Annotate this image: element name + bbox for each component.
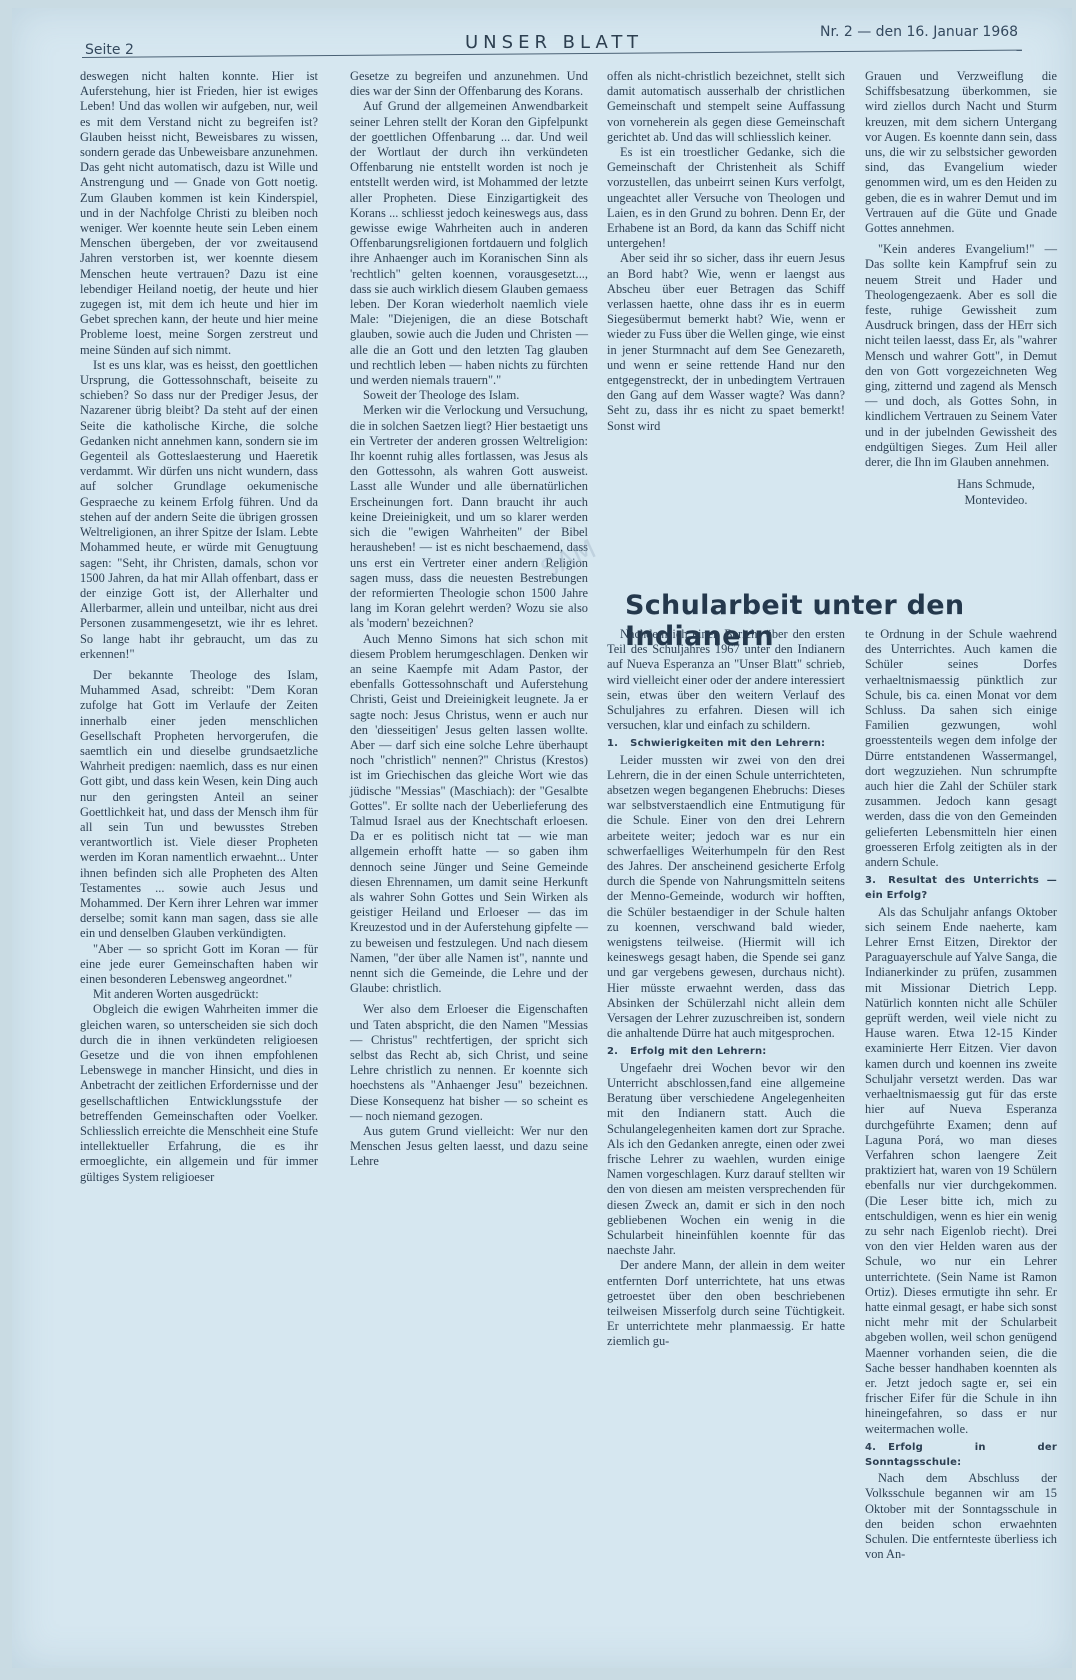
masthead: Seite 2 UNSER BLATT Nr. 2 — den 16. Janu… (0, 0, 1076, 60)
section-heading-2: 2.Erfolg mit den Lehrern: (607, 1044, 845, 1059)
article1-column-2: Gesetze zu begreifen und anzunehmen. Und… (350, 69, 588, 1170)
paragraph: Auf Grund der allgemeinen Anwendbarkeit … (350, 99, 588, 388)
paragraph: Grauen und Verzweiflung die Schiffsbesat… (865, 69, 1057, 236)
author-place: Montevideo. (935, 492, 1057, 508)
paragraph: te Ordnung in der Schule waehrend des Un… (865, 627, 1057, 870)
paragraph: Nach dem Abschluss der Volksschule began… (865, 1471, 1057, 1562)
paragraph: Als das Schuljahr anfangs Oktober sich s… (865, 905, 1057, 1437)
paragraph: Mit anderen Worten ausgedrückt: (80, 987, 318, 1002)
paragraph: Wer also dem Erloeser die Eigenschaften … (350, 1002, 588, 1124)
author-signature: Hans Schmude, Montevideo. (865, 476, 1057, 508)
section-heading-4: 4.Erfolg in der Sonntagsschule: (865, 1440, 1057, 1470)
paragraph: Es ist ein troestlicher Gedanke, sich di… (607, 145, 845, 251)
paragraph: Auch Menno Simons hat sich schon mit die… (350, 632, 588, 997)
issue-date: Nr. 2 — den 16. Januar 1968 (820, 24, 1018, 40)
paragraph: Soweit der Theologe des Islam. (350, 388, 588, 403)
paragraph: Aber seid ihr so sicher, dass ihr euern … (607, 251, 845, 433)
paragraph: Der bekannte Theologe des Islam, Muhamme… (80, 668, 318, 942)
paragraph: Leider mussten wir zwei von den drei Leh… (607, 753, 845, 1042)
section-heading-1: 1.Schwierigkeiten mit den Lehrern: (607, 736, 845, 751)
paragraph: Ungefaehr drei Wochen bevor wir den Unte… (607, 1061, 845, 1259)
article2-column-2: te Ordnung in der Schule waehrend des Un… (865, 627, 1057, 1562)
section-heading-3: 3.Resultat des Unterrichts — ein Erfolg? (865, 873, 1057, 903)
paragraph: Gesetze zu begreifen und anzunehmen. Und… (350, 69, 588, 99)
page-number: Seite 2 (85, 42, 134, 58)
paragraph: "Aber — so spricht Gott im Koran — für e… (80, 942, 318, 988)
paragraph: Merken wir die Verlockung und Versuchung… (350, 403, 588, 631)
paragraph: Nachdem ich einen Bericht über den erste… (607, 627, 845, 733)
paragraph: Ist es uns klar, was es heisst, den goet… (80, 358, 318, 662)
publication-title: UNSER BLATT (465, 32, 643, 53)
paragraph: "Kein anderes Evangelium!" — Das sollte … (865, 242, 1057, 470)
article1-column-3: offen als nicht-christlich bezeichnet, s… (607, 69, 845, 434)
paragraph: offen als nicht-christlich bezeichnet, s… (607, 69, 845, 145)
paragraph: Aus gutem Grund vielleicht: Wer nur den … (350, 1124, 588, 1170)
paragraph: Obgleich die ewigen Wahrheiten immer die… (80, 1002, 318, 1184)
author-name: Hans Schmude, (935, 476, 1057, 492)
paragraph: Der andere Mann, der allein in dem weite… (607, 1258, 845, 1349)
article1-column-1: deswegen nicht halten konnte. Hier ist A… (80, 69, 318, 1185)
article2-column-1: Nachdem ich einen Bericht über den erste… (607, 627, 845, 1350)
paragraph: deswegen nicht halten konnte. Hier ist A… (80, 69, 318, 358)
article1-column-4: Grauen und Verzweiflung die Schiffsbesat… (865, 69, 1057, 508)
